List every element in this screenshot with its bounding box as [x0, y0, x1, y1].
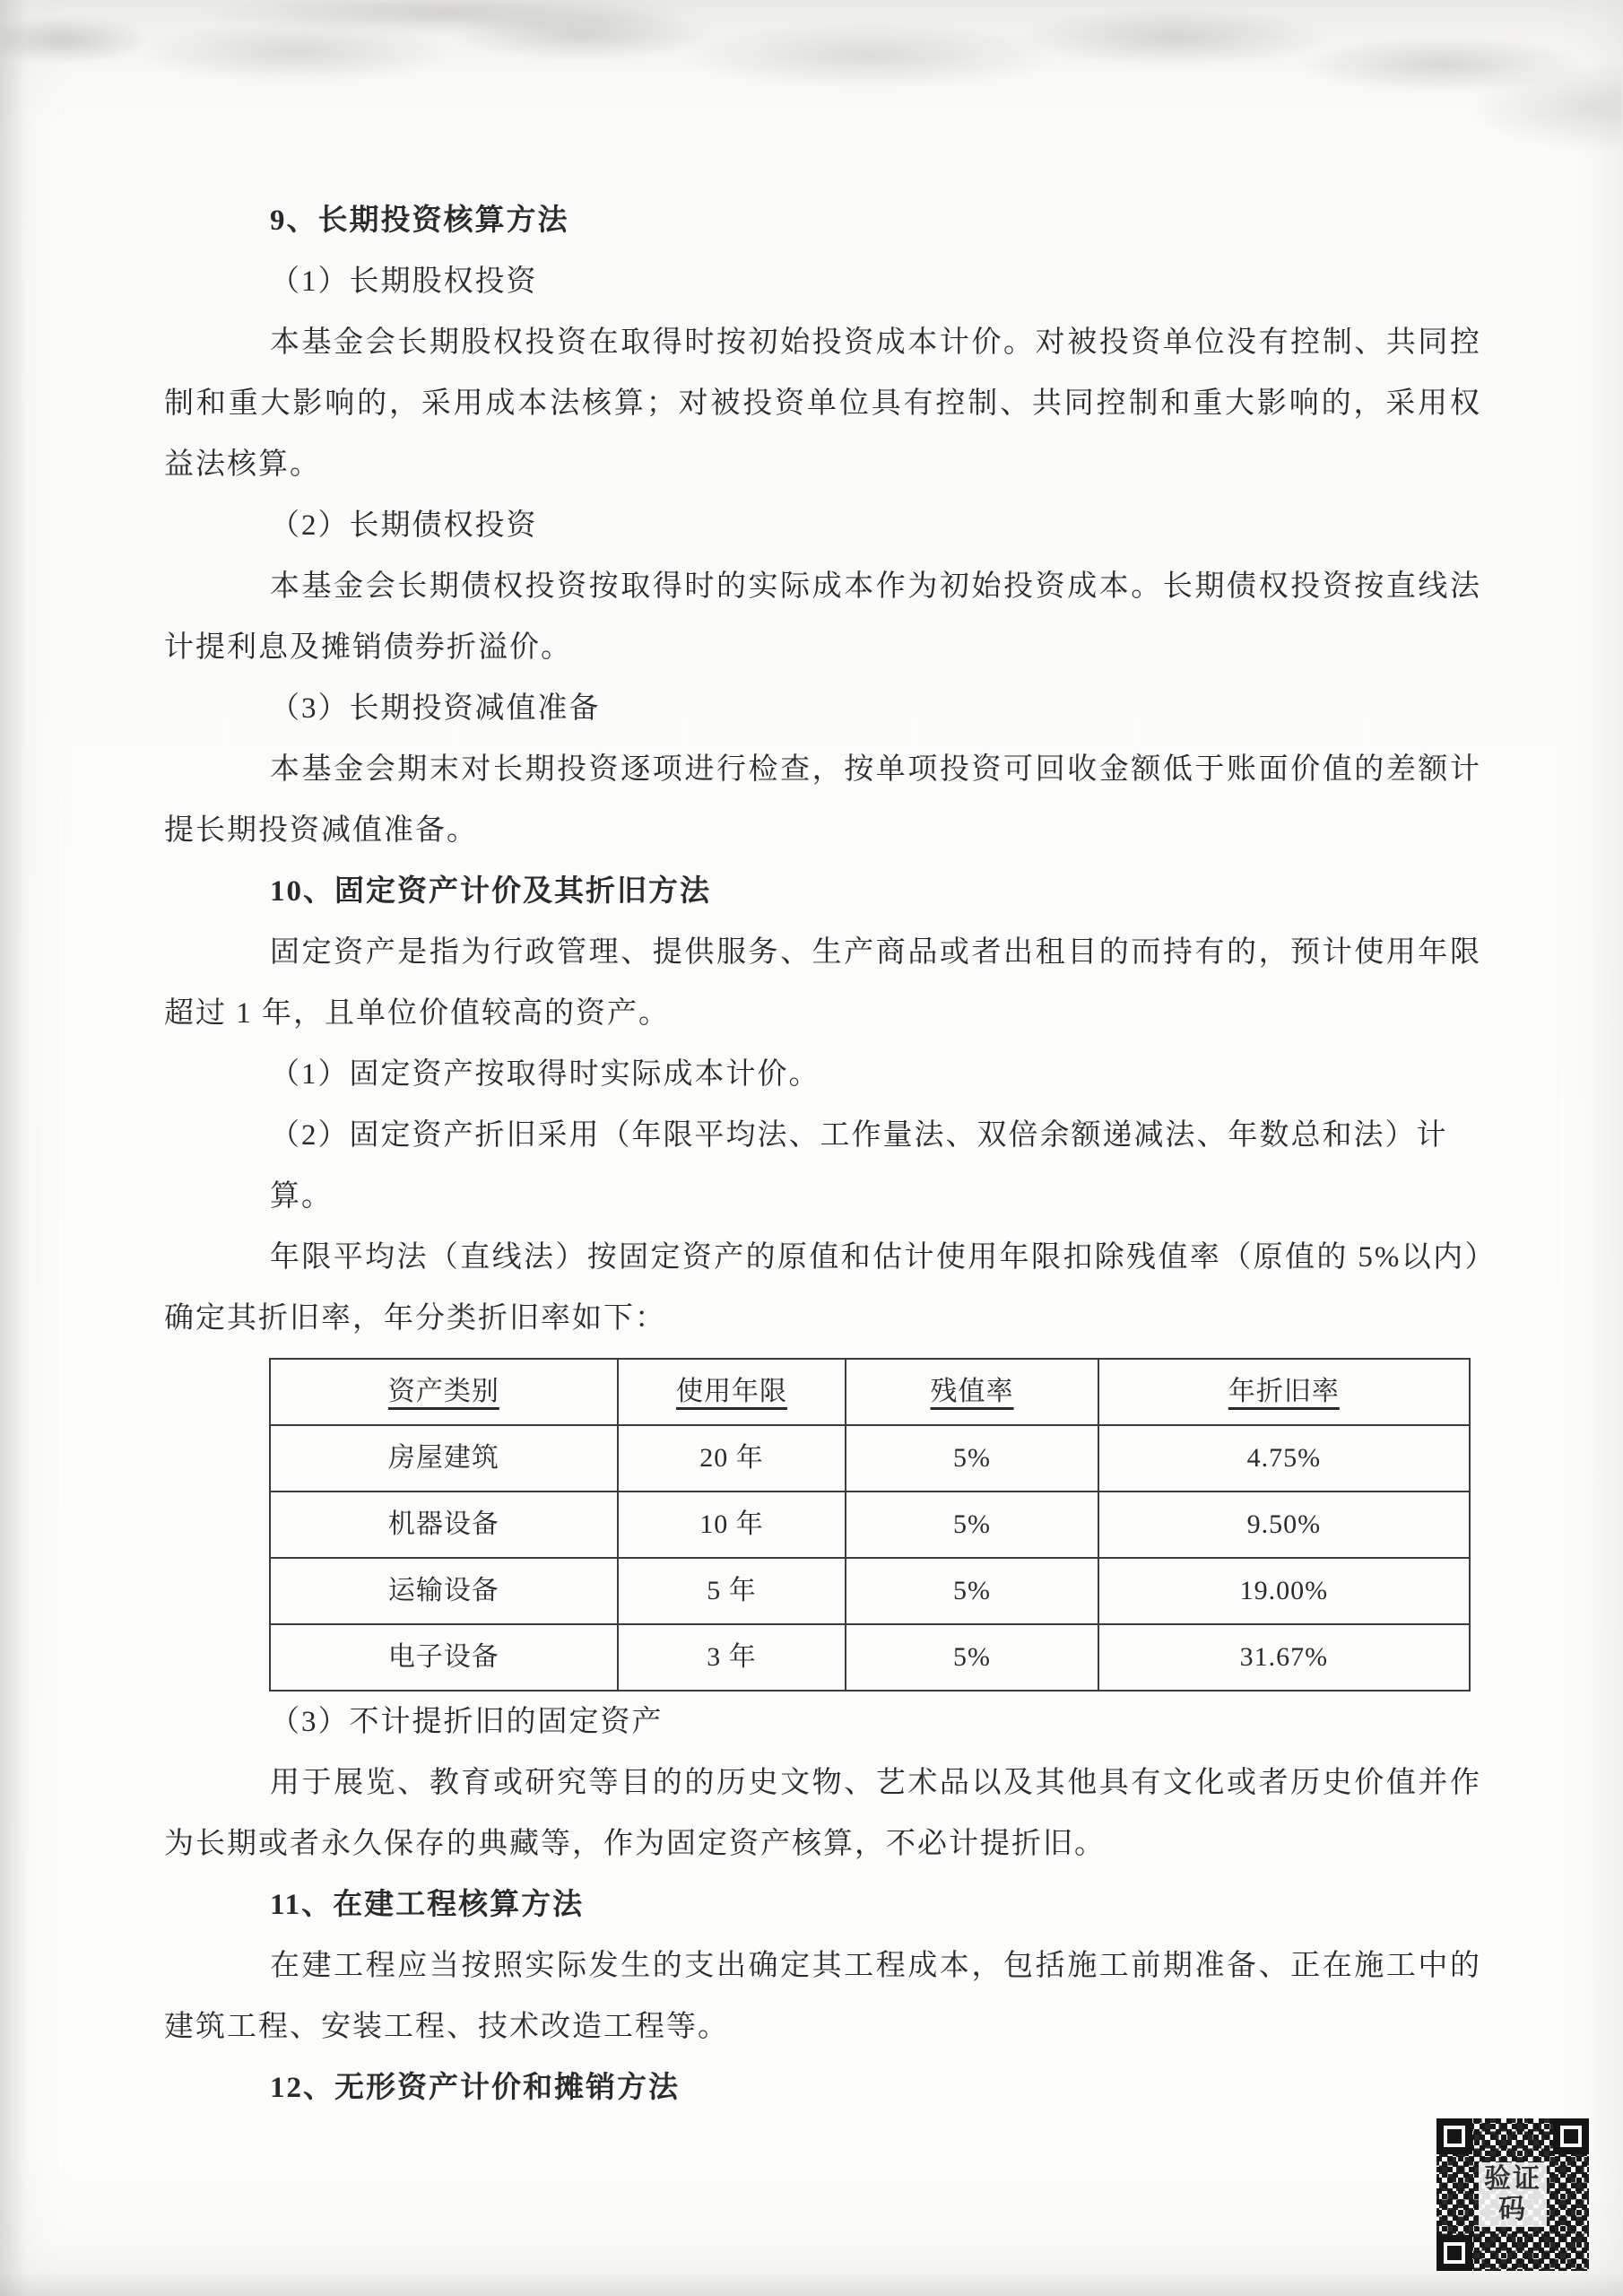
- col-header-useful-life: 使用年限: [618, 1359, 846, 1425]
- table-row-transport: 运输设备 5 年 5% 19.00%: [270, 1558, 1470, 1624]
- cell-annual-rate: 31.67%: [1098, 1624, 1470, 1691]
- section-11-paragraph-1: 在建工程应当按照实际发生的支出确定其工程成本，包括施工前期准备、正在施工中的建筑…: [164, 1935, 1481, 2057]
- section-10-heading: 10、固定资产计价及其折旧方法: [270, 861, 1481, 922]
- depreciation-rate-table: 资产类别 使用年限 残值率 年折旧率 房屋建筑 20 年 5% 4.75% 机器…: [269, 1358, 1471, 1692]
- table-row-electronics: 电子设备 3 年 5% 31.67%: [270, 1624, 1470, 1691]
- scan-shadow-left-edge: [0, 0, 27, 2296]
- section-10-item-2: （2）固定资产折旧采用（年限平均法、工作量法、双倍余额递减法、年数总和法）计算。: [270, 1105, 1481, 1227]
- section-10-sub-3: （3）不计提折旧的固定资产: [270, 1692, 1481, 1752]
- table-row-machinery: 机器设备 10 年 5% 9.50%: [270, 1492, 1470, 1558]
- cell-residual-rate: 5%: [846, 1425, 1098, 1492]
- section-9-sub-1: （1）长期股权投资: [270, 251, 1481, 312]
- scanned-document-page: 9、长期投资核算方法 （1）长期股权投资 本基金会长期股权投资在取得时按初始投资…: [0, 0, 1623, 2296]
- cell-useful-life: 10 年: [618, 1492, 846, 1558]
- cell-annual-rate: 4.75%: [1098, 1425, 1470, 1492]
- section-9-sub-3: （3）长期投资减值准备: [270, 678, 1481, 739]
- cell-useful-life: 3 年: [618, 1624, 846, 1691]
- col-header-residual-rate-label: 残值率: [931, 1377, 1014, 1406]
- section-9-paragraph-2: 本基金会长期债权投资按取得时的实际成本作为初始投资成本。长期债权投资按直线法计提…: [164, 556, 1481, 678]
- qr-caption: 验证码: [1479, 2162, 1547, 2227]
- cell-asset-class: 房屋建筑: [270, 1425, 618, 1492]
- cell-asset-class: 运输设备: [270, 1558, 618, 1624]
- section-11-heading: 11、在建工程核算方法: [270, 1874, 1481, 1935]
- qr-finder-icon: [1436, 2235, 1472, 2271]
- section-10-paragraph-3: 用于展览、教育或研究等目的的历史文物、艺术品以及其他具有文化或者历史价值并作为长…: [164, 1752, 1481, 1874]
- section-10-paragraph-1: 固定资产是指为行政管理、提供服务、生产商品或者出租目的而持有的，预计使用年限超过…: [164, 922, 1481, 1044]
- section-9-sub-2: （2）长期债权投资: [270, 495, 1481, 556]
- qr-code: 验证码: [1436, 2118, 1589, 2271]
- section-12-heading: 12、无形资产计价和摊销方法: [270, 2057, 1481, 2118]
- cell-residual-rate: 5%: [846, 1558, 1098, 1624]
- col-header-asset-class: 资产类别: [270, 1359, 618, 1425]
- section-9-paragraph-1: 本基金会长期股权投资在取得时按初始投资成本计价。对被投资单位没有控制、共同控制和…: [164, 312, 1481, 495]
- col-header-annual-rate-label: 年折旧率: [1228, 1377, 1340, 1406]
- cell-useful-life: 5 年: [618, 1558, 846, 1624]
- section-9-heading: 9、长期投资核算方法: [270, 190, 1481, 251]
- section-10-item-1: （1）固定资产按取得时实际成本计价。: [270, 1044, 1481, 1105]
- document-body: 9、长期投资核算方法 （1）长期股权投资 本基金会长期股权投资在取得时按初始投资…: [164, 190, 1481, 2118]
- scan-noise-top: [0, 0, 1623, 157]
- cell-residual-rate: 5%: [846, 1492, 1098, 1558]
- cell-useful-life: 20 年: [618, 1425, 846, 1492]
- cell-asset-class: 机器设备: [270, 1492, 618, 1558]
- cell-asset-class: 电子设备: [270, 1624, 618, 1691]
- section-9-paragraph-3: 本基金会期末对长期投资逐项进行检查，按单项投资可回收金额低于账面价值的差额计提长…: [164, 739, 1481, 861]
- qr-finder-icon: [1553, 2118, 1589, 2154]
- col-header-residual-rate: 残值率: [846, 1359, 1098, 1425]
- table-row-buildings: 房屋建筑 20 年 5% 4.75%: [270, 1425, 1470, 1492]
- table-header-row: 资产类别 使用年限 残值率 年折旧率: [270, 1359, 1470, 1425]
- section-10-paragraph-2: 年限平均法（直线法）按固定资产的原值和估计使用年限扣除残值率（原值的 5%以内）…: [164, 1227, 1481, 1349]
- scan-shadow-bottom-edge: [0, 2273, 1623, 2296]
- qr-finder-icon: [1436, 2118, 1472, 2154]
- col-header-useful-life-label: 使用年限: [676, 1377, 787, 1406]
- cell-annual-rate: 19.00%: [1098, 1558, 1470, 1624]
- col-header-asset-class-label: 资产类别: [388, 1377, 499, 1406]
- col-header-annual-rate: 年折旧率: [1098, 1359, 1470, 1425]
- cell-annual-rate: 9.50%: [1098, 1492, 1470, 1558]
- cell-residual-rate: 5%: [846, 1624, 1098, 1691]
